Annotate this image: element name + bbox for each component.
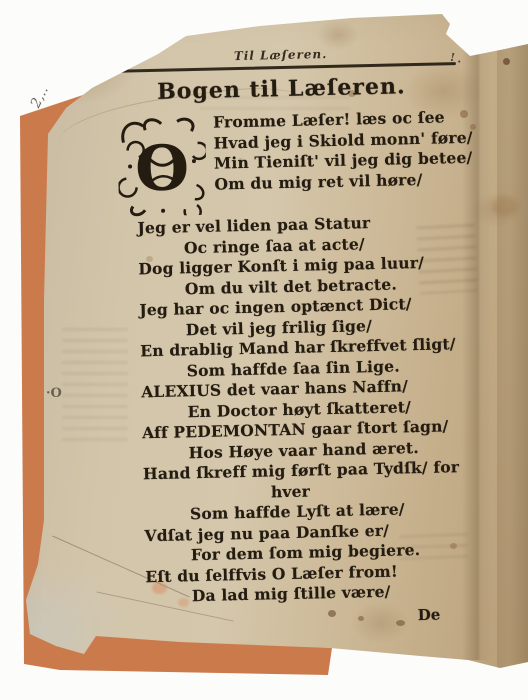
drop-cap-ornament-icon: O: [117, 115, 207, 217]
book-photo: 2,.. !. ·O ö Til Læſeren.: [0, 0, 528, 700]
handwritten-number: 2,..: [28, 50, 69, 111]
opening-stanza: O Fromme Læſer! læs oc ſeeHvad jeg i Ski…: [107, 107, 459, 217]
svg-text:O: O: [134, 131, 190, 205]
page-content: ö Til Læſeren. Bogen til Læſeren.: [105, 44, 468, 630]
stain-spot: [492, 196, 518, 216]
book-page: !. ·O ö Til Læſeren. Bogen til Læſeren.: [0, 0, 528, 700]
fore-edge-shadow: [497, 40, 528, 668]
drop-cap-initial: O: [117, 115, 207, 217]
marginal-offset-mark: ·O: [46, 386, 62, 401]
stain-spot: [505, 16, 514, 24]
stain-spot: [460, 110, 468, 118]
page-title: Bogen til Læſeren.: [106, 72, 456, 106]
catchword: De: [118, 604, 468, 630]
poem-body: Jeg er vel liden paa StaturOc ringe ſaa …: [109, 211, 468, 608]
stain-spot: [503, 58, 510, 65]
signature-mark: ö: [104, 56, 110, 66]
